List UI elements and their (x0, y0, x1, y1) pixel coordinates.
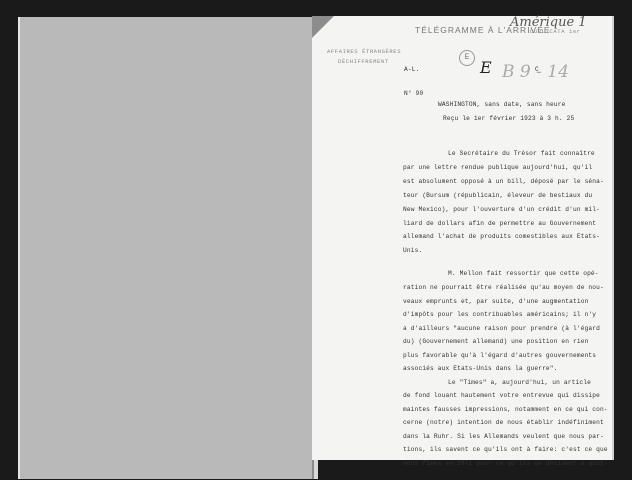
body-line: veaux emprunts et, par suite, d'une augm… (403, 298, 588, 305)
telegram-number: N° 90 (404, 90, 423, 97)
body-line: New Mexico), pour l'ouverture d'un crédi… (403, 206, 600, 213)
body-line: liard de dollars afin de permettre au Go… (403, 220, 596, 227)
page-corner-tab (312, 16, 334, 38)
body-line: par une lettre rendue publique aujourd'h… (403, 164, 592, 171)
header-ministry: AFFAIRES ÉTRANGÈRES (327, 48, 401, 55)
body-line: plus favorable qu'à l'égard d'autres gou… (403, 352, 596, 359)
body-line: Le Secrétaire du Trésor fait connaître (448, 150, 595, 157)
left-page-blank (18, 17, 314, 479)
body-line: maintes fausses impressions, notamment e… (403, 406, 608, 413)
body-line: dans la Ruhr. Si les Allemands veulent q… (403, 433, 604, 440)
body-line: d'impôts pour les contribuables américai… (403, 311, 596, 318)
code-right: C (535, 66, 539, 73)
body-line: M. Mellon fait ressortir que cette opé- (448, 270, 599, 277)
body-line: Le "Times" a, aujourd'hui, un article (448, 379, 591, 386)
handwritten-letter-e: E (480, 58, 492, 77)
body-line: nous fîmes en 1871 pour ce qu'ils se déc… (403, 460, 608, 467)
telegram-received: Reçu le 1er février 1923 à 3 h. 25 (443, 115, 574, 122)
handwritten-annotation-top: Amérique 1 (510, 15, 587, 30)
telegram-origin: WASHINGTON, sans date, sans heure (438, 101, 565, 108)
archive-stamp-icon: E (459, 50, 475, 66)
body-line: cerne (notre) intention de nous établir … (403, 419, 604, 426)
body-line: du) (Gouvernement allemand) une position… (403, 338, 588, 345)
body-line: de fond louant hautement votre entrevue … (403, 392, 600, 399)
body-line: teur (Bursum (républicain, éleveur de be… (403, 192, 592, 199)
body-line: associés aux Etats-Unis dans la guerre". (403, 365, 558, 372)
body-line: a d'ailleurs "aucune raison pour prendre… (403, 325, 600, 332)
body-line: est absolument opposé à un bill, déposé … (403, 178, 604, 185)
body-line: tions, ils savent ce qu'ils ont à faire:… (403, 446, 608, 453)
body-line: Unis. (403, 247, 422, 254)
body-line: allemand l'achat de produits comestibles… (403, 233, 600, 240)
header-department: DÉCHIFFREMENT (338, 58, 389, 65)
body-line: ration ne pourrait être réalisée qu'au m… (403, 284, 604, 291)
code-left: A-L. (404, 66, 419, 73)
